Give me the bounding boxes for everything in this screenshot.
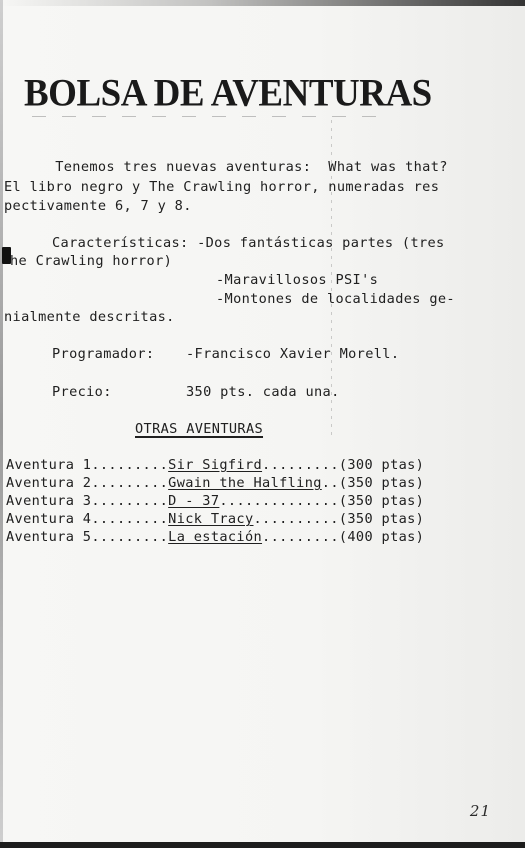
title-divider xyxy=(32,116,392,117)
list-item: Aventura 2.........Gwain the Halfling..(… xyxy=(6,474,424,492)
features-label: Características: xyxy=(52,235,189,251)
intro-line-3: pectivamente 6, 7 y 8. xyxy=(4,197,192,215)
adventure-price: (350 ptas) xyxy=(339,493,424,509)
adventure-price: (350 ptas) xyxy=(339,511,424,527)
scan-left-edge xyxy=(0,0,3,848)
feature-2: -Maravillosos PSI's xyxy=(216,271,378,289)
intro-line-2: El libro negro y The Crawling horror, nu… xyxy=(4,178,439,196)
adventure-price: (300 ptas) xyxy=(339,457,424,473)
list-item: Aventura 3.........D - 37..............(… xyxy=(6,492,424,510)
adventure-title: D - 37 xyxy=(168,493,219,509)
adventure-price: (400 ptas) xyxy=(339,529,424,545)
intro-line-1: Tenemos tres nuevas aventuras: What was … xyxy=(4,158,448,176)
features-line-1: Características: -Dos fantásticas partes… xyxy=(52,234,445,252)
adventure-price: (350 ptas) xyxy=(339,475,424,491)
adventure-title: La estación xyxy=(168,529,262,545)
programmer-label: Programador: xyxy=(52,345,154,363)
page-number: 21 xyxy=(470,802,491,820)
price-label: Precio: xyxy=(52,383,112,401)
price-value: 350 pts. cada una. xyxy=(186,383,340,401)
adventure-title: Sir Sigfird xyxy=(168,457,262,473)
scan-bottom-edge xyxy=(0,842,525,848)
scan-top-edge xyxy=(0,0,525,6)
list-item: Aventura 5.........La estación.........(… xyxy=(6,528,424,546)
page-title: BOLSA DE AVENTURAS xyxy=(24,71,432,116)
adventure-title: Gwain the Halfling xyxy=(168,475,322,491)
magazine-page: BOLSA DE AVENTURAS Tenemos tres nuevas a… xyxy=(0,0,525,848)
features-line-2: he Crawling horror) xyxy=(10,252,172,270)
list-item: Aventura 4.........Nick Tracy..........(… xyxy=(6,510,424,528)
feature-3: -Montones de localidades ge- xyxy=(216,290,455,308)
programmer-value: -Francisco Xavier Morell. xyxy=(186,345,399,363)
other-adventures-heading: OTRAS AVENTURAS xyxy=(135,420,263,438)
feature-1: -Dos fantásticas partes (tres xyxy=(197,235,445,251)
adventure-title: Nick Tracy xyxy=(168,511,253,527)
feature-3-cont: nialmente descritas. xyxy=(4,308,175,326)
list-item: Aventura 1.........Sir Sigfird.........(… xyxy=(6,456,424,474)
